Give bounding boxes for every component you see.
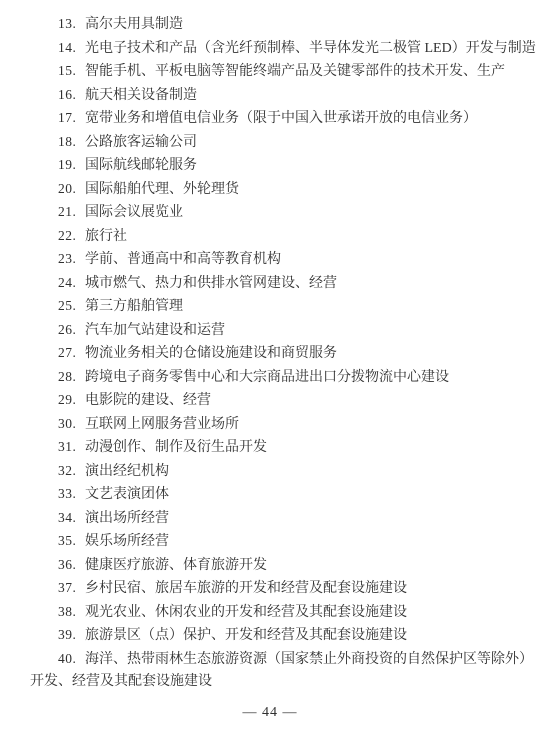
item-number: 33. <box>58 482 85 506</box>
item-text: 公路旅客运输公司 <box>85 135 197 150</box>
item-text: 乡村民宿、旅居车旅游的开发和经营及配套设施建设 <box>85 581 407 596</box>
list-item: 27.物流业务相关的仓储设施建设和商贸服务 <box>0 341 540 365</box>
list-item: 31.动漫创作、制作及衍生品开发 <box>0 435 540 459</box>
list-item: 35.娱乐场所经营 <box>0 529 540 553</box>
document-page: 13.高尔夫用具制造14.光电子技术和产品（含光纤预制棒、半导体发光二极管 LE… <box>0 0 540 748</box>
item-text: 旅游景区（点）保护、开发和经营及其配套设施建设 <box>85 628 407 643</box>
list-item-continuation: 开发、经营及其配套设施建设 <box>0 670 540 694</box>
numbered-list: 13.高尔夫用具制造14.光电子技术和产品（含光纤预制棒、半导体发光二极管 LE… <box>0 12 540 694</box>
item-text: 宽带业务和增值电信业务（限于中国入世承诺开放的电信业务） <box>85 111 477 126</box>
item-number: 32. <box>58 459 85 483</box>
list-item: 40.海洋、热带雨林生态旅游资源（国家禁止外商投资的自然保护区等除外） <box>0 647 540 671</box>
item-text: 动漫创作、制作及衍生品开发 <box>85 440 267 455</box>
item-text: 物流业务相关的仓储设施建设和商贸服务 <box>85 346 337 361</box>
item-text: 演出场所经营 <box>85 511 169 526</box>
item-text: 跨境电子商务零售中心和大宗商品进出口分拨物流中心建设 <box>85 370 449 385</box>
item-number: 26. <box>58 318 85 342</box>
item-text: 国际会议展览业 <box>85 205 183 220</box>
list-item: 14.光电子技术和产品（含光纤预制棒、半导体发光二极管 LED）开发与制造 <box>0 36 540 60</box>
item-number: 18. <box>58 130 85 154</box>
item-text: 旅行社 <box>85 229 127 244</box>
list-item: 33.文艺表演团体 <box>0 482 540 506</box>
list-item: 21.国际会议展览业 <box>0 200 540 224</box>
list-item: 36.健康医疗旅游、体育旅游开发 <box>0 553 540 577</box>
item-number: 17. <box>58 106 85 130</box>
item-text: 互联网上网服务营业场所 <box>85 417 239 432</box>
item-number: 22. <box>58 224 85 248</box>
list-item: 18.公路旅客运输公司 <box>0 130 540 154</box>
item-number: 20. <box>58 177 85 201</box>
list-item: 37.乡村民宿、旅居车旅游的开发和经营及配套设施建设 <box>0 576 540 600</box>
list-item: 24.城市燃气、热力和供排水管网建设、经营 <box>0 271 540 295</box>
page-number: — 44 — <box>0 703 540 723</box>
item-text: 健康医疗旅游、体育旅游开发 <box>85 558 267 573</box>
item-number: 25. <box>58 294 85 318</box>
item-text: 航天相关设备制造 <box>85 88 197 103</box>
list-item: 39.旅游景区（点）保护、开发和经营及其配套设施建设 <box>0 623 540 647</box>
item-number: 16. <box>58 83 85 107</box>
item-text: 演出经纪机构 <box>85 464 169 479</box>
list-item: 23.学前、普通高中和高等教育机构 <box>0 247 540 271</box>
item-number: 39. <box>58 623 85 647</box>
item-text: 文艺表演团体 <box>85 487 169 502</box>
item-text: 高尔夫用具制造 <box>85 17 183 32</box>
item-number: 19. <box>58 153 85 177</box>
list-item: 25.第三方船舶管理 <box>0 294 540 318</box>
list-item: 17.宽带业务和增值电信业务（限于中国入世承诺开放的电信业务） <box>0 106 540 130</box>
item-text: 光电子技术和产品（含光纤预制棒、半导体发光二极管 LED）开发与制造 <box>85 41 536 56</box>
item-number: 29. <box>58 388 85 412</box>
item-number: 13. <box>58 12 85 36</box>
item-number: 27. <box>58 341 85 365</box>
list-item: 13.高尔夫用具制造 <box>0 12 540 36</box>
item-text: 国际船舶代理、外轮理货 <box>85 182 239 197</box>
item-number: 40. <box>58 647 85 671</box>
item-text: 娱乐场所经营 <box>85 534 169 549</box>
list-item: 34.演出场所经营 <box>0 506 540 530</box>
item-number: 31. <box>58 435 85 459</box>
item-number: 35. <box>58 529 85 553</box>
item-text: 观光农业、休闲农业的开发和经营及其配套设施建设 <box>85 605 407 620</box>
item-number: 37. <box>58 576 85 600</box>
item-number: 34. <box>58 506 85 530</box>
item-text: 海洋、热带雨林生态旅游资源（国家禁止外商投资的自然保护区等除外） <box>85 652 533 667</box>
item-number: 36. <box>58 553 85 577</box>
list-item: 32.演出经纪机构 <box>0 459 540 483</box>
list-item: 26.汽车加气站建设和运营 <box>0 318 540 342</box>
item-text: 学前、普通高中和高等教育机构 <box>85 252 281 267</box>
item-text: 第三方船舶管理 <box>85 299 183 314</box>
item-text: 汽车加气站建设和运营 <box>85 323 225 338</box>
item-text: 电影院的建设、经营 <box>85 393 211 408</box>
list-item: 20.国际船舶代理、外轮理货 <box>0 177 540 201</box>
item-text: 城市燃气、热力和供排水管网建设、经营 <box>85 276 337 291</box>
list-item: 22.旅行社 <box>0 224 540 248</box>
list-item: 15.智能手机、平板电脑等智能终端产品及关键零部件的技术开发、生产 <box>0 59 540 83</box>
list-item: 28.跨境电子商务零售中心和大宗商品进出口分拨物流中心建设 <box>0 365 540 389</box>
item-number: 15. <box>58 59 85 83</box>
item-number: 24. <box>58 271 85 295</box>
item-number: 28. <box>58 365 85 389</box>
list-item: 16.航天相关设备制造 <box>0 83 540 107</box>
item-number: 38. <box>58 600 85 624</box>
list-item: 38.观光农业、休闲农业的开发和经营及其配套设施建设 <box>0 600 540 624</box>
item-text: 智能手机、平板电脑等智能终端产品及关键零部件的技术开发、生产 <box>85 64 505 79</box>
list-item: 30.互联网上网服务营业场所 <box>0 412 540 436</box>
item-number: 23. <box>58 247 85 271</box>
item-number: 30. <box>58 412 85 436</box>
item-number: 21. <box>58 200 85 224</box>
list-item: 19.国际航线邮轮服务 <box>0 153 540 177</box>
list-item: 29.电影院的建设、经营 <box>0 388 540 412</box>
item-number: 14. <box>58 36 85 60</box>
item-text: 国际航线邮轮服务 <box>85 158 197 173</box>
